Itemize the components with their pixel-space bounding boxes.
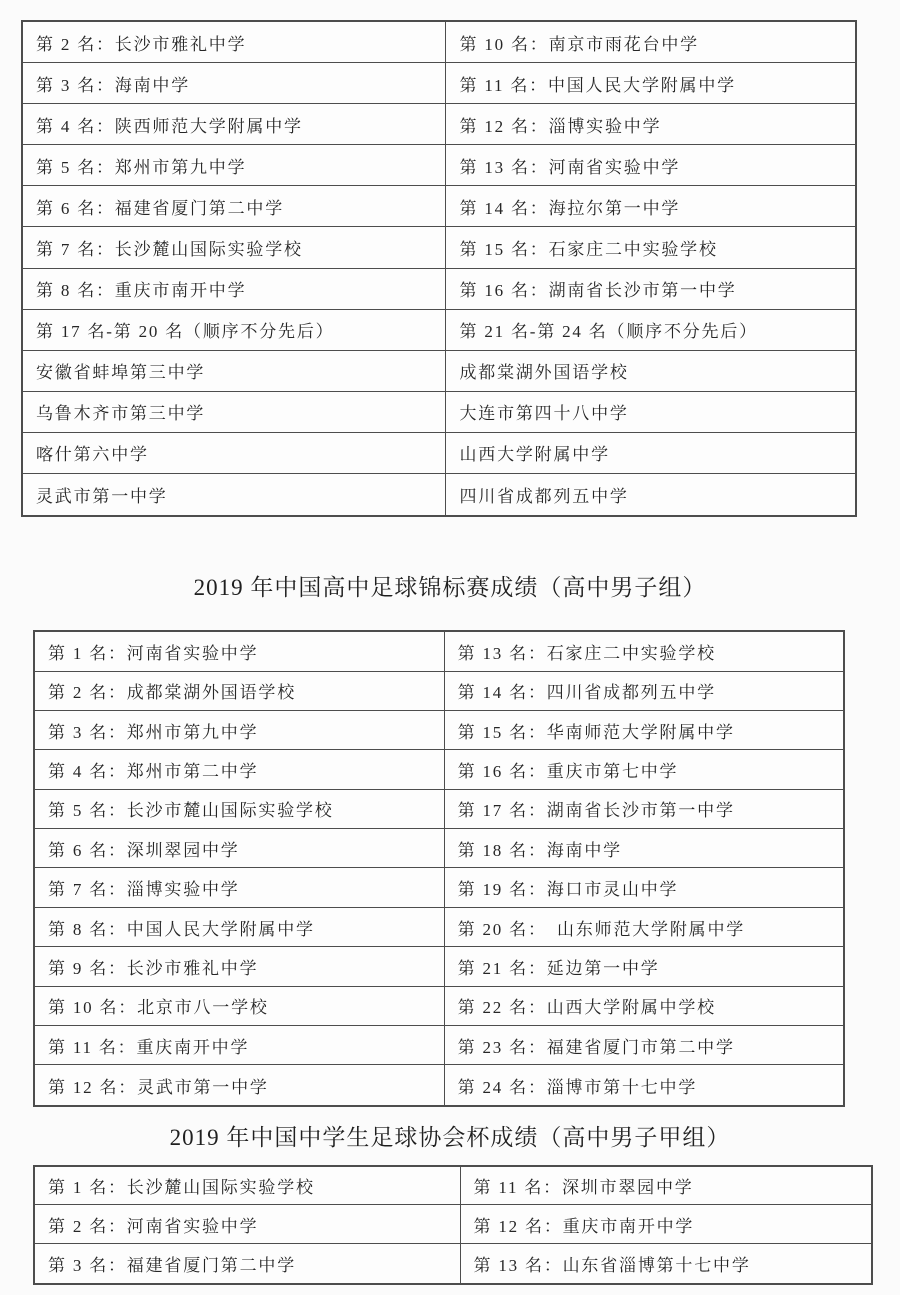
table-cell: 第 19 名：海口市灵山中学: [445, 868, 843, 906]
table-cell: 第 12 名：重庆市南开中学: [461, 1205, 871, 1243]
table-cell: 第 10 名：南京市雨花台中学: [446, 22, 855, 62]
table-cell: 第 15 名：华南师范大学附属中学: [445, 711, 843, 749]
table-cell: 第 5 名：长沙市麓山国际实验学校: [35, 790, 445, 828]
table-row: 第 7 名：长沙麓山国际实验学校第 15 名：石家庄二中实验学校: [23, 227, 855, 268]
table-row: 第 9 名：长沙市雅礼中学第 21 名：延边第一中学: [35, 947, 843, 986]
table-cell: 第 13 名：河南省实验中学: [446, 145, 855, 185]
table-cell: 第 7 名：长沙麓山国际实验学校: [23, 227, 446, 267]
table-row: 第 3 名：郑州市第九中学第 15 名：华南师范大学附属中学: [35, 711, 843, 750]
table-cell: 安徽省蚌埠第三中学: [23, 351, 446, 391]
table-cell: 第 18 名：海南中学: [445, 829, 843, 867]
table-cell: 第 3 名：郑州市第九中学: [35, 711, 445, 749]
table-row: 第 12 名：灵武市第一中学第 24 名：淄博市第十七中学: [35, 1065, 843, 1104]
table-cell: 大连市第四十八中学: [446, 392, 855, 432]
table-row: 第 11 名：重庆南开中学第 23 名：福建省厦门市第二中学: [35, 1026, 843, 1065]
table-cell: 第 14 名：海拉尔第一中学: [446, 186, 855, 226]
table-cell: 喀什第六中学: [23, 433, 446, 473]
table-cell: 灵武市第一中学: [23, 474, 446, 515]
table-cell: 第 2 名：河南省实验中学: [35, 1205, 461, 1243]
table-row: 第 1 名：长沙麓山国际实验学校第 11 名：深圳市翠园中学: [35, 1167, 871, 1206]
table-cell: 第 13 名：石家庄二中实验学校: [445, 632, 843, 670]
table-cell: 第 15 名：石家庄二中实验学校: [446, 227, 855, 267]
table-cell: 成都棠湖外国语学校: [446, 351, 855, 391]
table-cell: 第 14 名：四川省成都列五中学: [445, 672, 843, 710]
table-row: 第 10 名：北京市八一学校第 22 名：山西大学附属中学校: [35, 987, 843, 1026]
table-cell: 第 7 名：淄博实验中学: [35, 868, 445, 906]
table-row: 第 17 名-第 20 名（顺序不分先后）第 21 名-第 24 名（顺序不分先…: [23, 310, 855, 351]
table-cell: 第 16 名：湖南省长沙市第一中学: [446, 269, 855, 309]
table-row: 乌鲁木齐市第三中学大连市第四十八中学: [23, 392, 855, 433]
association-cup-results-table: 第 1 名：长沙麓山国际实验学校第 11 名：深圳市翠园中学第 2 名：河南省实…: [33, 1165, 873, 1285]
table-cell: 第 20 名： 山东师范大学附属中学: [445, 908, 843, 946]
section-title-championship: 2019 年中国高中足球锦标赛成绩（高中男子组）: [0, 571, 900, 605]
table-cell: 第 1 名：长沙麓山国际实验学校: [35, 1167, 461, 1205]
table-cell: 第 8 名：中国人民大学附属中学: [35, 908, 445, 946]
table-cell: 第 22 名：山西大学附属中学校: [445, 987, 843, 1025]
table-row: 第 2 名：成都棠湖外国语学校第 14 名：四川省成都列五中学: [35, 672, 843, 711]
table-cell: 第 1 名：河南省实验中学: [35, 632, 445, 670]
table-row: 第 6 名：深圳翠园中学第 18 名：海南中学: [35, 829, 843, 868]
table-row: 第 7 名：淄博实验中学第 19 名：海口市灵山中学: [35, 868, 843, 907]
table-cell: 第 23 名：福建省厦门市第二中学: [445, 1026, 843, 1064]
table-row: 第 4 名：陕西师范大学附属中学第 12 名：淄博实验中学: [23, 104, 855, 145]
document-page: 第 2 名：长沙市雅礼中学第 10 名：南京市雨花台中学第 3 名：海南中学第 …: [0, 0, 900, 1295]
results-table-top-partial: 第 2 名：长沙市雅礼中学第 10 名：南京市雨花台中学第 3 名：海南中学第 …: [21, 20, 857, 517]
table-row: 灵武市第一中学四川省成都列五中学: [23, 474, 855, 515]
table-cell: 第 11 名：中国人民大学附属中学: [446, 63, 855, 103]
table-row: 第 8 名：重庆市南开中学第 16 名：湖南省长沙市第一中学: [23, 269, 855, 310]
table-cell: 第 11 名：重庆南开中学: [35, 1026, 445, 1064]
table-cell: 第 12 名：淄博实验中学: [446, 104, 855, 144]
table-cell: 第 6 名：深圳翠园中学: [35, 829, 445, 867]
table-cell: 第 11 名：深圳市翠园中学: [461, 1167, 871, 1205]
table-row: 第 3 名：海南中学第 11 名：中国人民大学附属中学: [23, 63, 855, 104]
table-cell: 山西大学附属中学: [446, 433, 855, 473]
table-row: 第 2 名：长沙市雅礼中学第 10 名：南京市雨花台中学: [23, 22, 855, 63]
table-cell: 第 9 名：长沙市雅礼中学: [35, 947, 445, 985]
table-cell: 第 2 名：成都棠湖外国语学校: [35, 672, 445, 710]
table-cell: 第 3 名：海南中学: [23, 63, 446, 103]
table-cell: 第 6 名：福建省厦门第二中学: [23, 186, 446, 226]
table-cell: 第 16 名：重庆市第七中学: [445, 750, 843, 788]
table-cell: 第 13 名：山东省淄博第十七中学: [461, 1244, 871, 1283]
table-cell: 第 10 名：北京市八一学校: [35, 987, 445, 1025]
table-cell: 第 4 名：陕西师范大学附属中学: [23, 104, 446, 144]
table-row: 喀什第六中学山西大学附属中学: [23, 433, 855, 474]
table-row: 第 1 名：河南省实验中学第 13 名：石家庄二中实验学校: [35, 632, 843, 671]
table-cell: 第 4 名：郑州市第二中学: [35, 750, 445, 788]
table-cell: 第 17 名-第 20 名（顺序不分先后）: [23, 310, 446, 350]
table-cell: 第 3 名：福建省厦门第二中学: [35, 1244, 461, 1283]
table-row: 第 5 名：郑州市第九中学第 13 名：河南省实验中学: [23, 145, 855, 186]
table-cell: 第 24 名：淄博市第十七中学: [445, 1065, 843, 1104]
table-cell: 四川省成都列五中学: [446, 474, 855, 515]
table-row: 第 5 名：长沙市麓山国际实验学校第 17 名：湖南省长沙市第一中学: [35, 790, 843, 829]
table-cell: 第 21 名-第 24 名（顺序不分先后）: [446, 310, 855, 350]
table-row: 安徽省蚌埠第三中学成都棠湖外国语学校: [23, 351, 855, 392]
table-row: 第 4 名：郑州市第二中学第 16 名：重庆市第七中学: [35, 750, 843, 789]
table-cell: 第 8 名：重庆市南开中学: [23, 269, 446, 309]
table-row: 第 6 名：福建省厦门第二中学第 14 名：海拉尔第一中学: [23, 186, 855, 227]
table-cell: 第 2 名：长沙市雅礼中学: [23, 22, 446, 62]
table-cell: 第 17 名：湖南省长沙市第一中学: [445, 790, 843, 828]
section-title-association-cup: 2019 年中国中学生足球协会杯成绩（高中男子甲组）: [0, 1121, 900, 1155]
table-row: 第 2 名：河南省实验中学第 12 名：重庆市南开中学: [35, 1205, 871, 1244]
table-cell: 乌鲁木齐市第三中学: [23, 392, 446, 432]
table-cell: 第 5 名：郑州市第九中学: [23, 145, 446, 185]
table-cell: 第 21 名：延边第一中学: [445, 947, 843, 985]
table-row: 第 8 名：中国人民大学附属中学第 20 名： 山东师范大学附属中学: [35, 908, 843, 947]
championship-results-table: 第 1 名：河南省实验中学第 13 名：石家庄二中实验学校第 2 名：成都棠湖外…: [33, 630, 845, 1107]
table-row: 第 3 名：福建省厦门第二中学第 13 名：山东省淄博第十七中学: [35, 1244, 871, 1283]
table-cell: 第 12 名：灵武市第一中学: [35, 1065, 445, 1104]
